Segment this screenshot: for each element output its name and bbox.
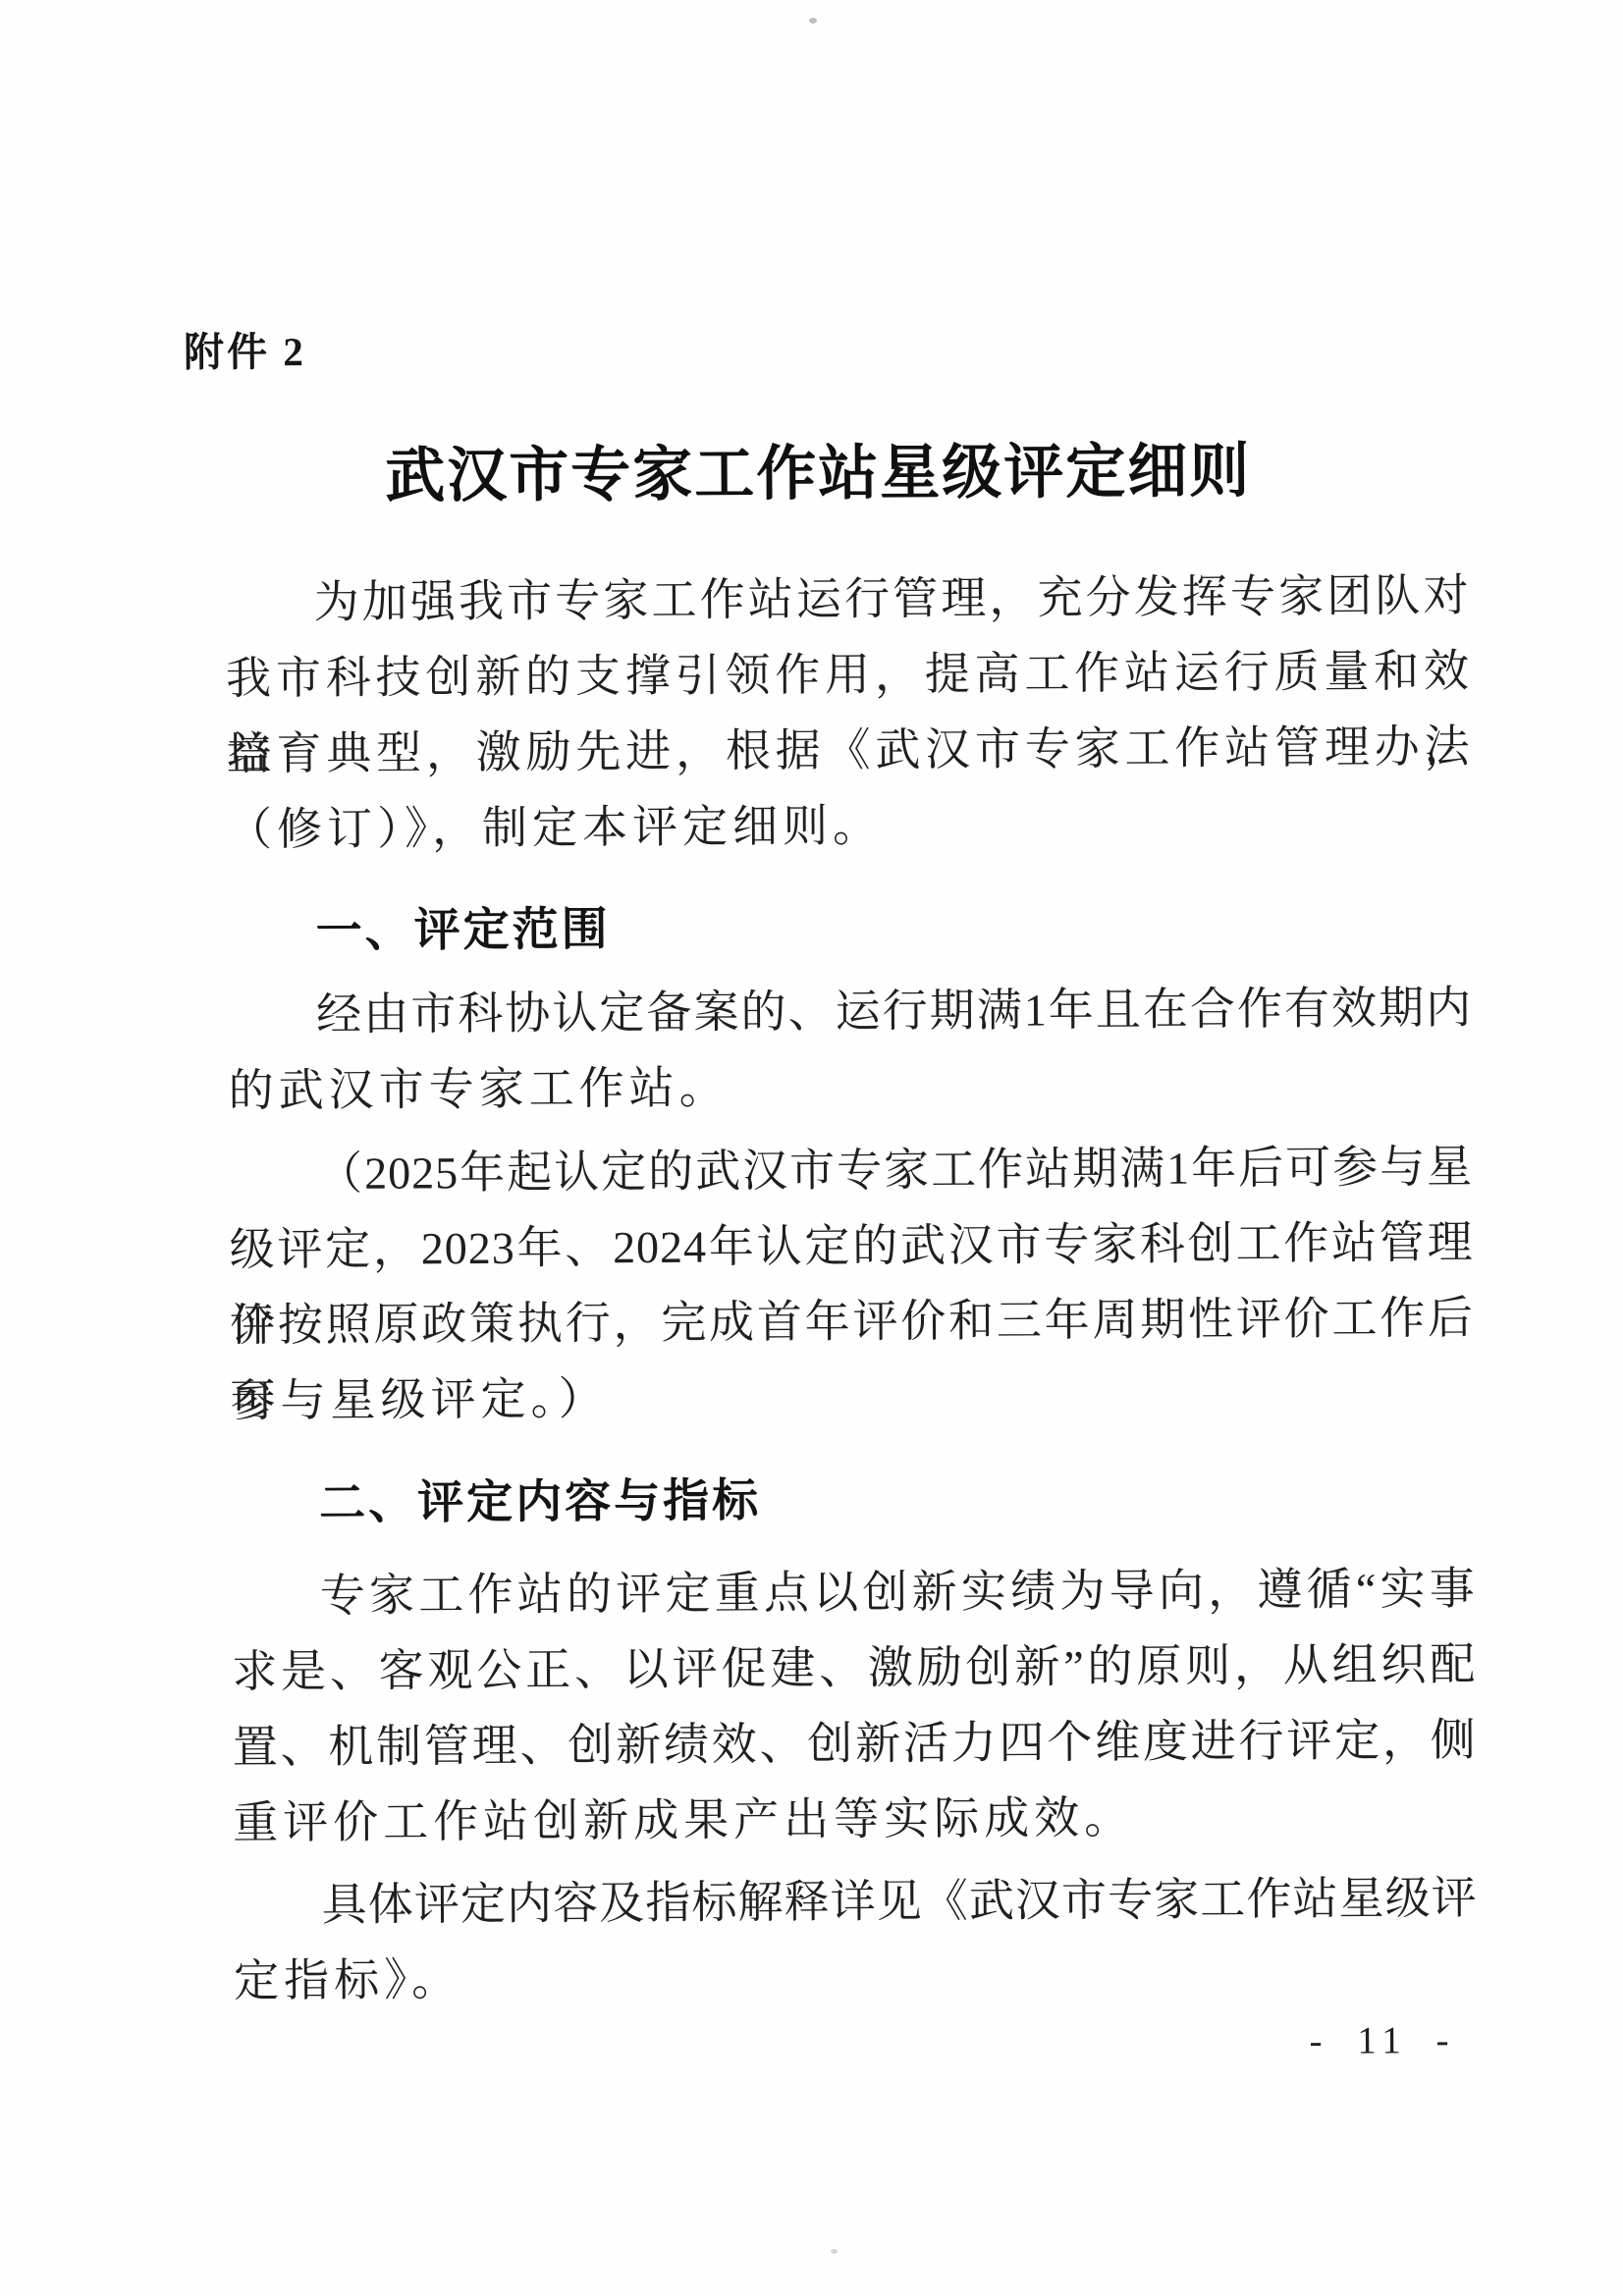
paragraph-criteria: 专家工作站的评定重点以创新实绩为导向，遵循“实事 求是、客观公正、以评促建、激励… (232, 1551, 1478, 1861)
document-title: 武汉市专家工作站星级评定细则 (0, 421, 1619, 516)
text-line: 置、机制管理、创新绩效、创新活力四个维度进行评定，侧 (232, 1702, 1476, 1786)
paragraph-reference: 具体评定内容及指标解释详见《武汉市专家工作站星级评 定指标》。 (233, 1860, 1478, 2019)
page-number: - 11 - (1309, 2018, 1455, 2063)
section-heading-criteria: 二、评定内容与指标 (231, 1458, 1475, 1541)
paragraph-intro: 为加强我市专家工作站运行管理，充分发挥专家团队对 我市科技创新的支撑引领作用，提… (225, 558, 1471, 868)
text-line: 定指标》。 (234, 1936, 1478, 2019)
scan-content-wrapper: 附件 2 武汉市专家工作站星级评定细则 为加强我市专家工作站运行管理，充分发挥专… (0, 0, 1623, 2296)
text-line: 价按照原政策执行，完成首年评价和三年周期性评价工作后可 (230, 1280, 1474, 1363)
text-line: 为加强我市专家工作站运行管理，充分发挥专家团队对 (225, 558, 1469, 641)
text-line: 重评价工作站创新成果产出等实际成效。 (233, 1778, 1477, 1861)
scan-speck-icon (831, 2249, 838, 2254)
section-heading-scope: 一、评定范围 (227, 885, 1471, 969)
scanned-document-page: 附件 2 武汉市专家工作站星级评定细则 为加强我市专家工作站运行管理，充分发挥专… (0, 0, 1623, 2296)
text-line: 的武汉市专家工作站。 (228, 1045, 1472, 1129)
scan-speck-icon (809, 18, 817, 24)
text-line: 专家工作站的评定重点以创新实绩为导向，遵循“实事 (232, 1551, 1476, 1634)
text-line: 我市科技创新的支撑引领作用，提高工作站运行质量和效益， (226, 633, 1470, 717)
attachment-label: 附件 2 (184, 319, 306, 378)
text-line: （2025年起认定的武汉市专家工作站期满1年后可参与星 (229, 1129, 1473, 1212)
paragraph-scope-note: （2025年起认定的武汉市专家工作站期满1年后可参与星 级评定，2023年、20… (229, 1129, 1475, 1439)
text-line: 求是、客观公正、以评促建、激励创新”的原则，从组织配 (232, 1627, 1476, 1710)
document-body: 为加强我市专家工作站运行管理，充分发挥专家团队对 我市科技创新的支撑引领作用，提… (225, 558, 1478, 2019)
text-line: 经由市科协认定备案的、运行期满1年且在合作有效期内 (228, 970, 1472, 1053)
text-line: 参与星级评定。） (230, 1356, 1474, 1439)
text-line: 培育典型，激励先进，根据《武汉市专家工作站管理办法 (226, 709, 1470, 792)
text-line: （修订）》，制定本评定细则。 (227, 784, 1471, 868)
paragraph-scope: 经由市科协认定备案的、运行期满1年且在合作有效期内 的武汉市专家工作站。 (228, 970, 1473, 1129)
text-line: 具体评定内容及指标解释详见《武汉市专家工作站星级评 (233, 1860, 1477, 1944)
text-line: 级评定，2023年、2024年认定的武汉市专家科创工作站管理评 (229, 1204, 1473, 1288)
